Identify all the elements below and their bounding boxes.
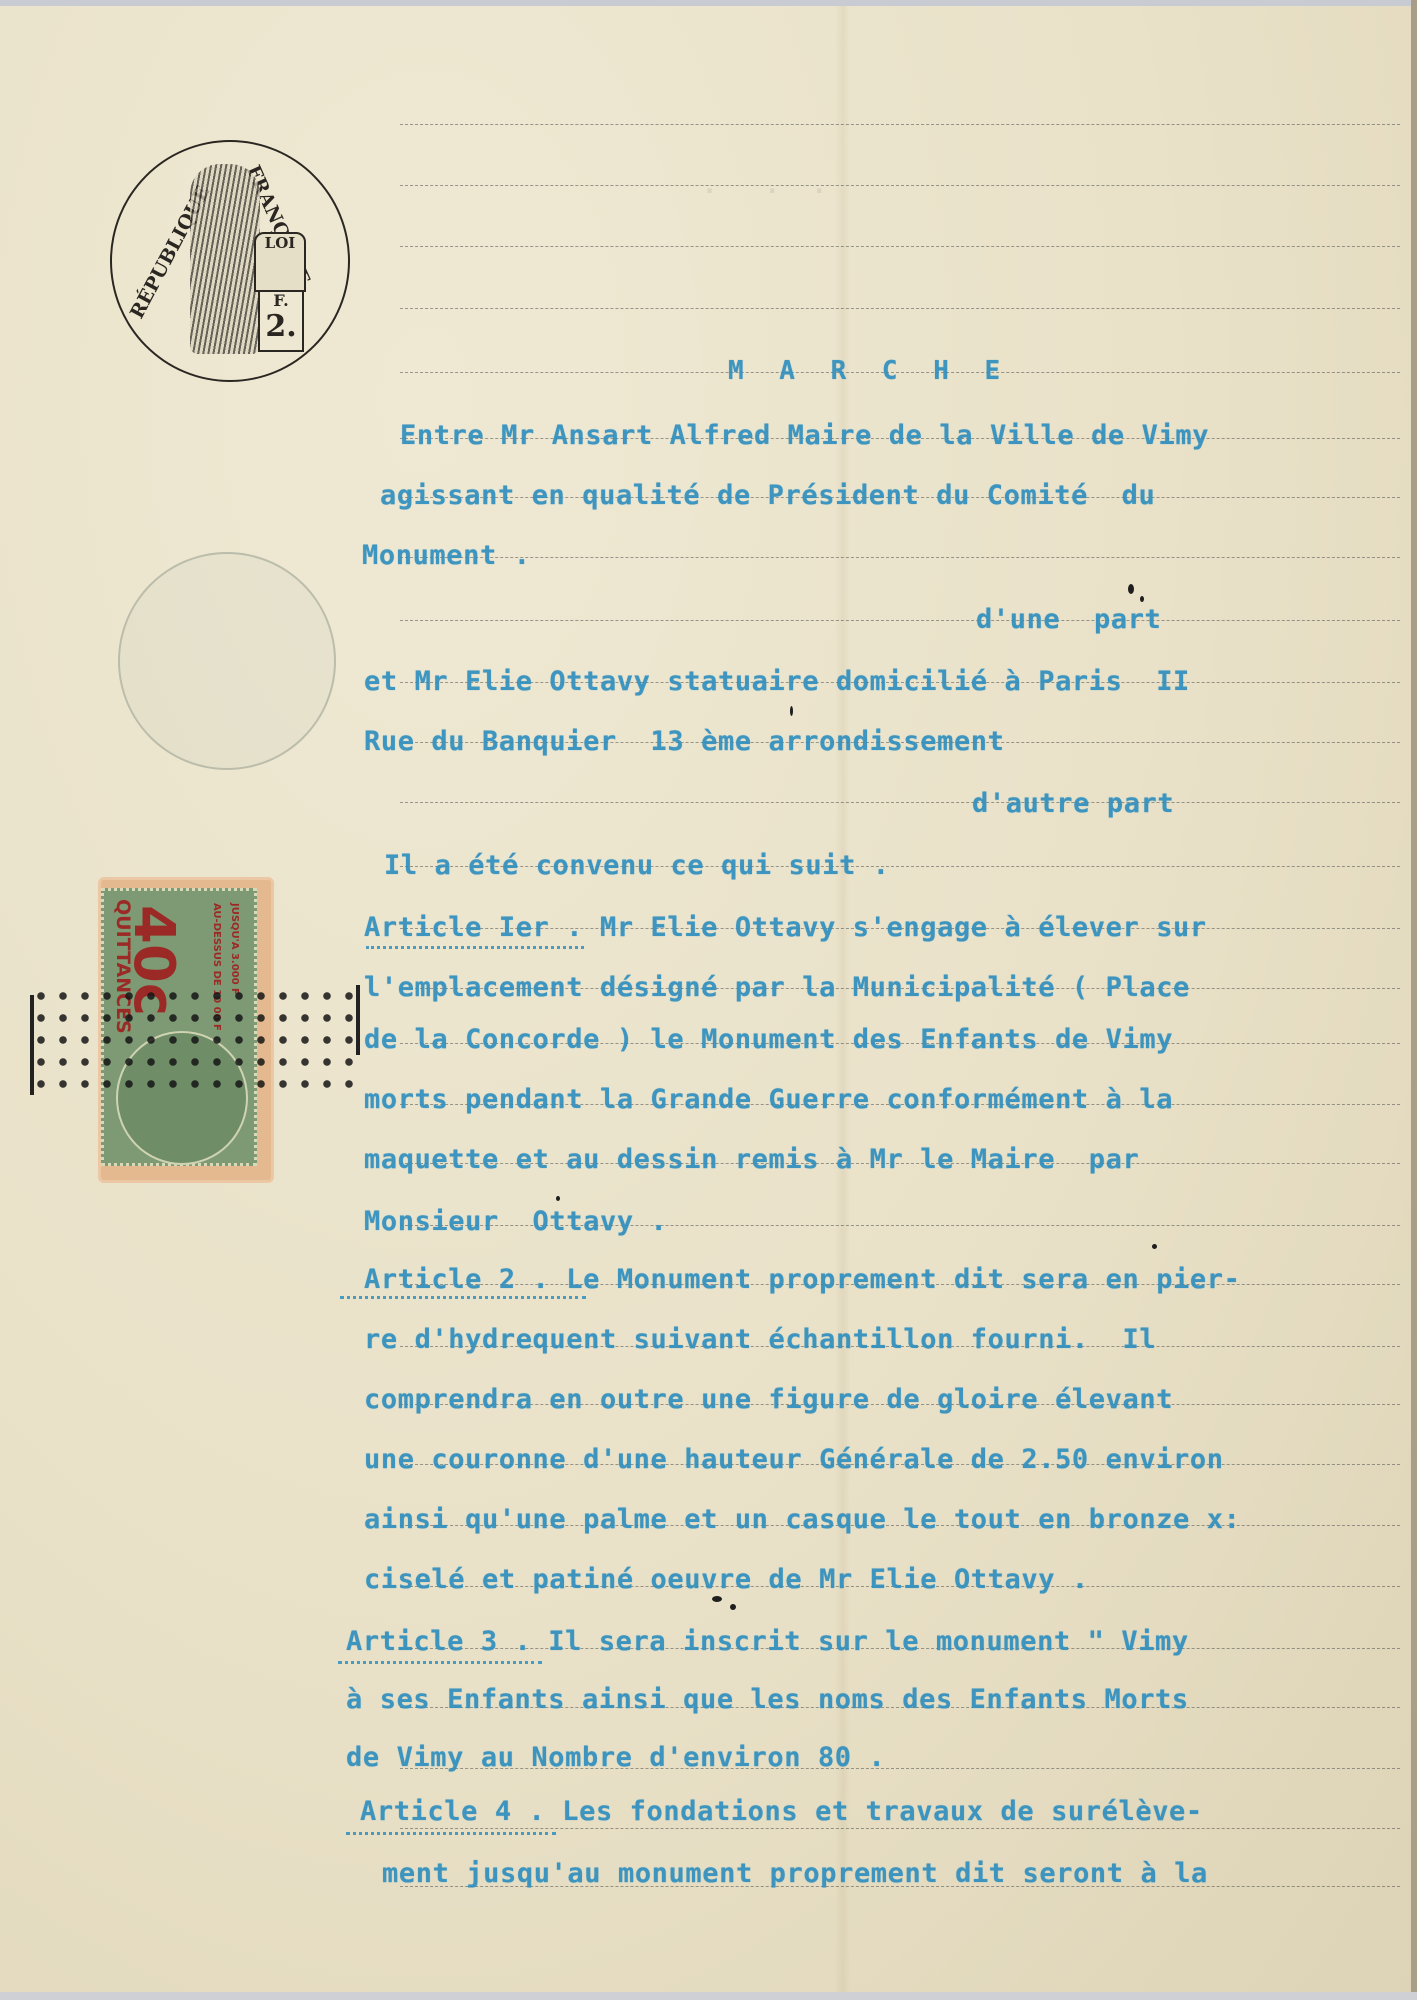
seal-value: 2. [260,310,302,344]
document-page: . . . RÉPUBLIQUE FRANÇAISE LOI F. 2. [0,0,1417,2000]
law-tablet-icon: LOI [254,232,306,292]
seal-value-prefix: F. [260,292,302,310]
article-2-line: Article 2 . Le Monument proprement dit s… [364,1264,1240,1295]
article-4-underline [346,1832,556,1835]
ruled-line [400,557,1400,558]
scan-bottom-edge [0,1992,1417,2000]
republique-francaise-seal: RÉPUBLIQUE FRANÇAISE LOI F. 2. [110,140,350,382]
fiscal-stamp-note-2: JUSQU'A 3.000 F [229,903,240,995]
text-line: une couronne d'une hauteur Générale de 2… [364,1444,1224,1475]
scan-right-edge [1411,0,1417,2000]
text-line: d'une part [976,604,1161,635]
ruled-line [400,124,1400,125]
ink-speck [730,1604,736,1610]
ruled-line [400,185,1400,186]
ink-speck [1128,584,1134,594]
text-line: Monument . [362,540,531,571]
article-4-line: Article 4 . Les fondations et travaux de… [360,1796,1203,1827]
text-line: Monsieur Ottavy . [364,1206,667,1237]
text-line: de Vimy au Nombre d'environ 80 . [346,1742,885,1773]
perforation-cancellation [30,985,360,1095]
marianne-figure-icon [190,164,260,354]
ink-speck [712,1596,722,1602]
text-line: Rue du Banquier 13 ème arrondissement [364,726,1005,757]
ink-speck [1152,1244,1157,1249]
ruled-line [400,802,1400,803]
document-title: M A R C H E [728,356,1010,386]
ruled-line [400,246,1400,247]
text-line: ciselé et patiné oeuvre de Mr Elie Ottav… [364,1564,1089,1595]
text-line: maquette et au dessin remis à Mr le Mair… [364,1144,1139,1175]
perforation-bar [30,995,34,1095]
article-3-line: Article 3 . Il sera inscrit sur le monum… [346,1626,1189,1657]
ruled-line [400,620,1400,621]
scan-top-edge [0,0,1417,6]
ink-speck [790,706,793,716]
text-line: morts pendant la Grande Guerre conformém… [364,1084,1173,1115]
article-2-underline [340,1296,586,1299]
perforation-bar [356,985,360,1055]
article-1-underline [366,946,584,949]
text-line: ainsi qu'une palme et un casque le tout … [364,1504,1240,1535]
text-line: comprendra en outre une figure de gloire… [364,1384,1173,1415]
text-line: ment jusqu'au monument proprement dit se… [382,1858,1208,1889]
text-line: à ses Enfants ainsi que les noms des Enf… [346,1684,1189,1715]
embossed-dry-seal [118,552,336,770]
text-line: Entre Mr Ansart Alfred Maire de la Ville… [400,420,1209,451]
text-line: d'autre part [972,788,1174,819]
ruled-line [400,308,1400,309]
text-line: Il a été convenu ce qui suit . [384,850,890,881]
text-line: re d'hydrequent suivant échantillon four… [364,1324,1156,1355]
seal-tablet-text: LOI [265,234,296,252]
article-3-underline [338,1661,542,1664]
seal-value-box: F. 2. [258,290,304,352]
text-line: de la Concorde ) le Monument des Enfants… [364,1024,1173,1055]
ink-speck [556,1196,560,1201]
text-line: l'emplacement désigné par la Municipalit… [364,972,1190,1003]
ruled-line [400,1828,1400,1829]
article-1-line: Article Ier . Mr Elie Ottavy s'engage à … [364,912,1207,943]
ink-speck [1140,596,1144,602]
text-line: et Mr Elie Ottavy statuaire domicilié à … [364,666,1190,697]
text-line: agissant en qualité de Président du Comi… [380,480,1155,511]
